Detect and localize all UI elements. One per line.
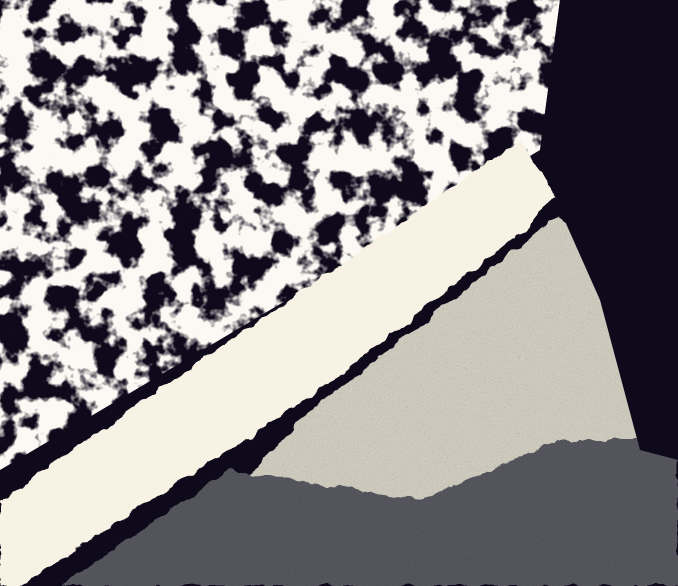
print-canvas [0, 0, 678, 586]
paper-grain [0, 0, 678, 586]
abstract-print: Abstract black-and-white print: a bright… [0, 0, 678, 586]
